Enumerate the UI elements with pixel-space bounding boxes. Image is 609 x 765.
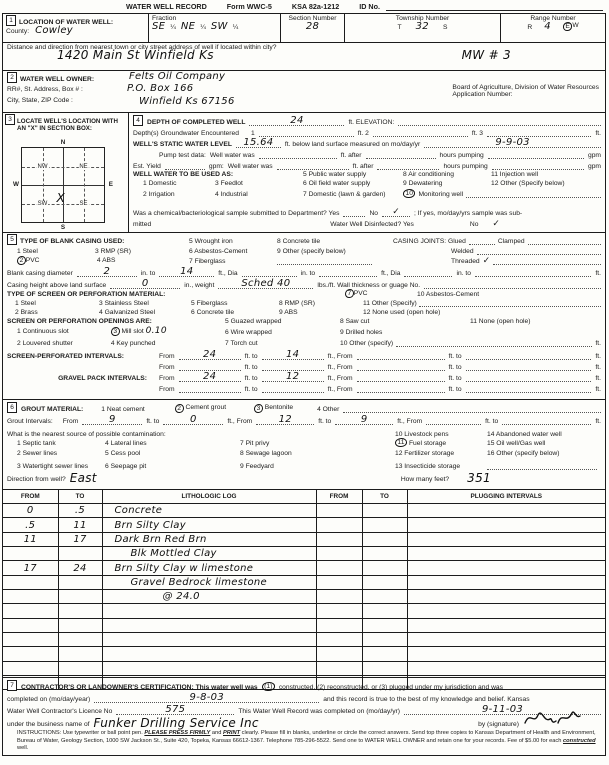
static-level-label: WELL'S STATIC WATER LEVEL bbox=[133, 141, 232, 148]
gpi-ftfrom-1: ft., From bbox=[328, 375, 353, 382]
litho-value-log: Gravel Bedrock limestone bbox=[105, 578, 267, 587]
contam-abandoned-well: 14 Abandoned water well bbox=[487, 431, 601, 438]
section-4-number: 4 bbox=[133, 115, 143, 126]
litho-cell-to: 11 bbox=[58, 518, 102, 532]
litho-cell-log: Brn Silty Clay bbox=[102, 518, 316, 532]
contam-oil-gas-well: 15 Oil well/Gas well bbox=[487, 440, 601, 447]
cert-constructed-circled: (1) bbox=[262, 682, 275, 691]
litho-cell-pto bbox=[362, 618, 407, 632]
gpi2-ftto-2: ft. to bbox=[449, 386, 462, 393]
spi2-from: From bbox=[159, 364, 175, 371]
section-box-vdash-left bbox=[43, 148, 44, 222]
county-value: Cowley bbox=[35, 26, 73, 35]
litho-cell-from bbox=[3, 618, 58, 632]
direction-label: Direction from well? bbox=[7, 476, 66, 483]
litho-value-to: 11 bbox=[73, 520, 86, 531]
est-yield-gpm: gpm: bbox=[209, 163, 224, 170]
groundwater-3-blank bbox=[487, 128, 591, 137]
casing-pvc-num-circled: 2 bbox=[17, 256, 26, 265]
litho-value-log: Concrete bbox=[105, 506, 163, 515]
casing-other: 9 Other (specify below) bbox=[277, 248, 393, 255]
contam-insecticide: 13 Insecticide storage bbox=[395, 463, 487, 470]
spi2-from-blank bbox=[179, 362, 241, 371]
litho-value-log: Blk Mottled Clay bbox=[105, 549, 217, 558]
groundwater-label: Depth(s) Groundwater Encountered bbox=[133, 130, 239, 137]
litho-row bbox=[3, 633, 605, 647]
contamination-title-row: What is the nearest source of possible c… bbox=[3, 425, 605, 438]
groundwater-3: ft. 3 bbox=[472, 130, 483, 137]
dotted-field: 9-8-03 bbox=[94, 694, 319, 703]
contam-fuel-num-circled: 11 bbox=[395, 438, 407, 447]
litho-cell-from: 17 bbox=[3, 561, 58, 575]
dotted-field: 12 bbox=[262, 373, 324, 382]
depth-completed-value: 24 bbox=[290, 116, 303, 125]
joints-clamped-label: Clamped bbox=[498, 238, 525, 245]
section-7-certification: 7 CONTRACTOR'S OR LANDOWNER'S CERTIFICAT… bbox=[3, 678, 605, 755]
grout-neat-cement: 1 Neat cement bbox=[101, 406, 145, 413]
dotted-field: 575 bbox=[116, 706, 234, 715]
joints-threaded-blank bbox=[493, 256, 601, 265]
litho-cell-pto bbox=[362, 590, 407, 604]
west-label: W bbox=[13, 181, 19, 188]
casing-abs: 4 ABS bbox=[97, 257, 116, 264]
casing-pvc-group: 2PVC bbox=[17, 256, 95, 265]
litho-value-from: 0 bbox=[27, 505, 34, 516]
casing-diameter-label: Blank casing diameter bbox=[7, 270, 73, 277]
contam-sewer: 2 Sewer lines bbox=[17, 450, 105, 457]
pump-ft-after: ft. after bbox=[341, 152, 362, 159]
joints-threaded-cell: Threaded ✓ bbox=[393, 256, 601, 265]
casing-wrought-iron: 5 Wrought iron bbox=[189, 238, 277, 245]
grout-intervals-label: Grout Intervals: bbox=[7, 418, 53, 425]
distance-value: 1420 Main St Winfield Ks bbox=[57, 51, 214, 60]
gpi-ftto-2: ft. to bbox=[449, 375, 462, 382]
litho-cell-from bbox=[3, 647, 58, 661]
litho-cell-to: 17 bbox=[58, 532, 102, 546]
gpi2-from-blank bbox=[179, 384, 241, 393]
screen-asbestos: 10 Asbestos-Cement bbox=[417, 291, 601, 298]
litho-cell-from: 11 bbox=[3, 532, 58, 546]
spi2-to-blank bbox=[262, 362, 324, 371]
joints-glued-blank bbox=[469, 236, 495, 245]
completed-on-label: completed on (mo/day/year) bbox=[7, 696, 90, 703]
gi-ftfrom-1: ft., From bbox=[227, 418, 252, 425]
signature-label: by (signature) bbox=[478, 721, 519, 728]
spi2-ftto-2: ft. to bbox=[449, 364, 462, 371]
contam-watertight-sewer: 3 Watertight sewer lines bbox=[17, 463, 105, 470]
quarter-glyph-3: ¼ bbox=[233, 24, 239, 31]
litho-cell-to bbox=[58, 604, 102, 618]
range-west-label: W bbox=[572, 22, 578, 31]
litho-cell-to bbox=[58, 547, 102, 561]
litho-header-to: TO bbox=[58, 490, 102, 504]
instructions-part-1: INSTRUCTIONS: Use typewriter or ball poi… bbox=[17, 730, 144, 736]
section-1-location: 1 LOCATION OF WATER WELL: County: Cowley… bbox=[3, 14, 605, 43]
diam-ft-dia-2: ft., Dia bbox=[381, 270, 400, 277]
gi-to3-blank bbox=[502, 416, 591, 425]
use-irrigation: 2 Irrigation bbox=[143, 191, 215, 198]
sample-no-label: No bbox=[369, 210, 378, 217]
litho-cell-plug bbox=[407, 661, 605, 675]
signature-scribble bbox=[523, 710, 581, 728]
east-label: E bbox=[109, 181, 113, 188]
board-of-agriculture-block: Board of Agriculture, Division of Water … bbox=[452, 84, 599, 98]
yield-hours-blank bbox=[377, 161, 439, 170]
casing-pvc-label: PVC bbox=[26, 257, 40, 264]
contam-seepage-pit: 6 Seepage pit bbox=[105, 463, 240, 470]
section-2-number: 2 bbox=[7, 72, 17, 83]
well-name-value: MW # 3 bbox=[462, 51, 511, 60]
instructions-constructed: constructed bbox=[563, 738, 596, 744]
litho-cell-log bbox=[102, 661, 316, 675]
spi-to2-blank bbox=[466, 351, 592, 360]
section-3-title-2: AN "X" IN SECTION BOX: bbox=[17, 125, 126, 132]
owner-address-value: P.O. Box 166 bbox=[127, 84, 193, 93]
openings-guazed: 5 Guazed wrapped bbox=[225, 318, 340, 325]
quadrant-ne-label: NE bbox=[78, 164, 88, 170]
litho-header-plugging: PLUGGING INTERVALS bbox=[407, 490, 605, 504]
gpi-to-value: 12 bbox=[286, 372, 299, 381]
quadrant-sw-label: SW bbox=[37, 201, 49, 207]
gi-ftto-2: ft. to bbox=[318, 418, 331, 425]
section-2-title: WATER WELL OWNER: bbox=[20, 76, 94, 83]
screen-material-grid: 1 Steel 3 Stainless Steel 5 Fiberglass 8… bbox=[3, 298, 605, 316]
use-monitoring-label: Monitoring well bbox=[418, 191, 463, 198]
screen-steel: 1 Steel bbox=[15, 300, 99, 307]
completed-on-value: 9-8-03 bbox=[190, 693, 224, 702]
litho-cell-pfrom bbox=[316, 618, 362, 632]
openings-mill-value: 0.10 bbox=[146, 326, 167, 336]
litho-header-log: LITHOLOGIC LOG bbox=[102, 490, 316, 504]
gpi-label: GRAVEL PACK INTERVALS: bbox=[7, 375, 155, 382]
litho-value-log: @ 24.0 bbox=[105, 592, 200, 601]
casing-joints-cell: CASING JOINTS: Glued Clamped bbox=[393, 236, 601, 245]
screen-stainless: 3 Stainless Steel bbox=[99, 300, 191, 307]
business-name-value: Funker Drilling Service Inc bbox=[94, 719, 259, 728]
township-t-label: T bbox=[398, 24, 402, 31]
dia-3-ft-blank bbox=[475, 268, 591, 277]
gpi2-to2-blank bbox=[466, 384, 592, 393]
gpi2-from2-blank bbox=[357, 384, 445, 393]
blank-casing-grid: 5 TYPE OF BLANK CASING USED: 5 Wrought i… bbox=[3, 234, 605, 265]
gi-ftto-3: ft. to bbox=[485, 418, 498, 425]
instructions-press-firmly: PLEASE PRESS FIRMLY bbox=[144, 730, 210, 736]
form-title: WATER WELL RECORD bbox=[126, 2, 207, 11]
gpi2-ftto: ft. to bbox=[245, 386, 258, 393]
screen-pvc-num-circled: 7 bbox=[345, 289, 354, 298]
dotted-field: ✓ bbox=[382, 208, 410, 217]
openings-none: 11 None (open hole) bbox=[470, 318, 601, 325]
dia-2-blank bbox=[242, 268, 297, 277]
openings-grid: SCREEN OR PERFORATION OPENINGS ARE: 5 Gu… bbox=[3, 318, 605, 347]
spi-from-1: From bbox=[159, 353, 175, 360]
casing-asbestos: 6 Asbestos-Cement bbox=[189, 248, 277, 255]
grout-cement-group: 2 Cement grout bbox=[175, 404, 226, 413]
diam-in-to-3: in. to bbox=[456, 270, 471, 277]
joints-welded-cell: Welded bbox=[393, 246, 601, 255]
gi-to2-value: 9 bbox=[361, 415, 368, 424]
contam-pit-privy: 7 Pit privy bbox=[240, 440, 395, 447]
licence-label: Water Well Contractor's Licence No bbox=[7, 708, 112, 715]
use-irrigation-industrial: 2 Irrigation4 Industrial bbox=[133, 191, 303, 198]
litho-cell-from bbox=[3, 633, 58, 647]
openings-mill-num-circled: 3 bbox=[111, 327, 120, 336]
owner-city-value: Winfield Ks 67156 bbox=[139, 97, 235, 106]
form-ksa: KSA 82a-1212 bbox=[292, 2, 339, 11]
pump-hours-blank bbox=[366, 150, 436, 159]
section-3-locate: 3 LOCATE WELL'S LOCATION WITH AN "X" IN … bbox=[3, 113, 129, 232]
section-5-number: 5 bbox=[7, 234, 17, 245]
cert-text-3: and this record is true to the best of m… bbox=[323, 696, 529, 703]
yield-ft-blank bbox=[277, 161, 349, 170]
litho-cell-log: Blk Mottled Clay bbox=[102, 547, 316, 561]
litho-cell-pfrom bbox=[316, 575, 362, 589]
grout-cement-num-circled: 2 bbox=[175, 404, 184, 413]
litho-value-from: 11 bbox=[24, 534, 37, 545]
pump-gpm-label: gpm bbox=[588, 152, 601, 159]
fraction-3-value: SW bbox=[211, 22, 228, 31]
groundwater-2-blank bbox=[373, 128, 468, 137]
form-number: Form WWC-5 bbox=[227, 2, 272, 11]
openings-row3-col1: 2 Louvered shutter 4 Key punched bbox=[7, 340, 225, 347]
contam-other-blank bbox=[487, 461, 597, 470]
instructions-part-4: well. bbox=[17, 745, 28, 751]
litho-cell-to: 24 bbox=[58, 561, 102, 575]
gpi2-ftfrom: ft., From bbox=[328, 386, 353, 393]
location-cell: 1 LOCATION OF WATER WELL: County: Cowley bbox=[3, 14, 149, 42]
dotted-field: 24 bbox=[249, 117, 344, 126]
distance-row: Distance and direction from nearest town… bbox=[3, 43, 605, 71]
screen-pvc-label: PVC bbox=[354, 290, 368, 297]
joints-welded-label: Welded bbox=[451, 248, 474, 255]
litho-cell-to bbox=[58, 647, 102, 661]
litho-cell-log bbox=[102, 647, 316, 661]
litho-cell-pfrom bbox=[316, 604, 362, 618]
spi2-ftfrom: ft., From bbox=[328, 364, 353, 371]
litho-cell-plug bbox=[407, 518, 605, 532]
weight-label: in., weight bbox=[184, 282, 214, 289]
litho-cell-pfrom bbox=[316, 504, 362, 518]
quarter-glyph-1: ¼ bbox=[170, 24, 176, 31]
township-s-label: S bbox=[443, 24, 447, 31]
gi-to1-value: 0 bbox=[190, 415, 197, 424]
diam-ft-end: ft. bbox=[595, 270, 601, 277]
litho-cell-pfrom bbox=[316, 647, 362, 661]
fraction-2-value: NE bbox=[181, 22, 195, 31]
use-title: WELL WATER TO BE USED AS: bbox=[133, 171, 303, 178]
township-cell: Township Number T 32 S bbox=[345, 14, 501, 42]
disinfected-no-label: No bbox=[470, 221, 479, 228]
record-completed-value: 9-11-03 bbox=[482, 705, 523, 714]
dotted-field: 12 bbox=[256, 416, 314, 425]
casing-concrete-tile: 8 Concrete tile bbox=[277, 238, 393, 245]
grout-other-blank bbox=[343, 404, 601, 413]
est-yield-blank bbox=[165, 161, 205, 170]
casing-title: TYPE OF BLANK CASING USED: bbox=[20, 238, 124, 245]
casing-other-blank bbox=[277, 256, 372, 265]
gpi-to2-blank bbox=[466, 373, 592, 382]
litho-row bbox=[3, 647, 605, 661]
litho-cell-plug bbox=[407, 633, 605, 647]
disinfected-question: Water Well Disinfected? Yes bbox=[330, 221, 414, 228]
litho-cell-plug bbox=[407, 547, 605, 561]
dotted-field: 24 bbox=[179, 351, 241, 360]
county-label: County: bbox=[6, 28, 29, 35]
contam-fuel-label: Fuel storage bbox=[409, 440, 446, 447]
dotted-field: 9-9-03 bbox=[424, 139, 601, 148]
south-label: S bbox=[61, 224, 65, 231]
grout-bentonite-label: Bentonite bbox=[265, 404, 293, 413]
litho-cell-from bbox=[3, 590, 58, 604]
litho-cell-plug bbox=[407, 647, 605, 661]
litho-row: Gravel Bedrock limestone bbox=[3, 575, 605, 589]
litho-value-to: 24 bbox=[73, 563, 86, 574]
section-3-title-1: LOCATE WELL'S LOCATION WITH bbox=[17, 118, 118, 125]
litho-table-body: 0.5Concrete.511Brn Silty Clay1117Dark Br… bbox=[3, 504, 605, 690]
use-air-conditioning: 8 Air conditioning bbox=[403, 171, 491, 178]
litho-cell-log: Concrete bbox=[102, 504, 316, 518]
screen-concrete: 6 Concrete tile bbox=[191, 309, 279, 316]
litho-cell-pto bbox=[362, 518, 407, 532]
gi-from2-value: 12 bbox=[279, 415, 292, 424]
litho-cell-log: Brn Silty Clay w limestone bbox=[102, 561, 316, 575]
casing-depth-value: 14 bbox=[180, 267, 193, 276]
spi-ftfrom-1: ft., From bbox=[328, 353, 353, 360]
joints-threaded-label: Threaded bbox=[451, 258, 480, 265]
litho-cell-plug bbox=[407, 561, 605, 575]
joints-welded-blank bbox=[477, 246, 601, 255]
fraction-cell: Fraction SE ¼ NE ¼ SW ¼ bbox=[149, 14, 281, 42]
yield-gpm-blank bbox=[492, 161, 584, 170]
use-domestic: 1 Domestic bbox=[143, 180, 215, 187]
litho-cell-pto bbox=[362, 647, 407, 661]
board-line-2: Application Number: bbox=[452, 91, 599, 98]
diam-in-to-1: in. to bbox=[141, 270, 156, 277]
contam-septic: 1 Septic tank bbox=[17, 440, 105, 447]
spi2-ftto: ft. to bbox=[245, 364, 258, 371]
gpi-from-1: From bbox=[159, 375, 175, 382]
dotted-field: 14 bbox=[262, 351, 324, 360]
litho-row bbox=[3, 661, 605, 675]
section-3-number: 3 bbox=[5, 114, 15, 125]
pump-well-water-was: Well water was bbox=[210, 152, 255, 159]
openings-other-blank bbox=[396, 338, 592, 347]
form-title-bar: WATER WELL RECORD Form WWC-5 KSA 82a-121… bbox=[0, 2, 609, 11]
litho-cell-plug bbox=[407, 575, 605, 589]
contam-cess-pool: 5 Cess pool bbox=[105, 450, 240, 457]
screen-other-blank bbox=[419, 298, 601, 307]
litho-cell-log: Dark Brn Red Brn bbox=[102, 532, 316, 546]
litho-row: 1117Dark Brn Red Brn bbox=[3, 532, 605, 546]
static-level-value: 15.64 bbox=[243, 138, 273, 147]
litho-cell-from: 0 bbox=[3, 504, 58, 518]
litho-value-log: Brn Silty Clay w limestone bbox=[105, 564, 254, 573]
contam-lateral: 4 Lateral lines bbox=[105, 440, 240, 447]
pump-hours-label: hours pumping bbox=[440, 152, 484, 159]
litho-header-from2: FROM bbox=[316, 490, 362, 504]
depth-completed-label: DEPTH OF COMPLETED WELL bbox=[147, 119, 245, 126]
sample-no-check: ✓ bbox=[392, 208, 400, 216]
litho-cell-pfrom bbox=[316, 661, 362, 675]
openings-saw-cut: 8 Saw cut bbox=[340, 318, 470, 325]
section-5-casing: 5 TYPE OF BLANK CASING USED: 5 Wrought i… bbox=[3, 233, 605, 400]
groundwater-1: 1 bbox=[251, 130, 255, 137]
weight-value: Sched 40 bbox=[241, 279, 290, 288]
grout-bentonite-group: 3 Bentonite bbox=[254, 404, 293, 413]
litho-cell-pto bbox=[362, 604, 407, 618]
litho-cell-plug bbox=[407, 504, 605, 518]
range-cell: Range Number R 4 E W bbox=[501, 14, 605, 42]
dotted-field: 9 bbox=[82, 416, 142, 425]
spi-to-value: 14 bbox=[286, 350, 299, 359]
screen-material-title: TYPE OF SCREEN OR PERFORATION MATERIAL: bbox=[7, 291, 345, 298]
contamination-label: What is the nearest source of possible c… bbox=[7, 431, 395, 438]
well-location-x-mark: X bbox=[56, 194, 65, 203]
casing-title-cell: 5 TYPE OF BLANK CASING USED: bbox=[7, 234, 189, 245]
dotted-field: Sched 40 bbox=[218, 280, 313, 289]
openings-other-ft: ft. bbox=[595, 340, 601, 347]
litho-cell-pfrom bbox=[316, 532, 362, 546]
litho-cell-from bbox=[3, 661, 58, 675]
gi-from3-blank bbox=[426, 416, 481, 425]
instructions-part-2: and bbox=[210, 730, 223, 736]
gpi2-from: From bbox=[159, 386, 175, 393]
dotted-field: 9 bbox=[335, 416, 393, 425]
water-well-record-form: WATER WELL RECORD Form WWC-5 KSA 82a-121… bbox=[0, 0, 609, 765]
section-box-hline bbox=[22, 185, 104, 186]
litho-cell-pto bbox=[362, 547, 407, 561]
sample-rest: ; If yes, mo/day/yrs sample was sub- bbox=[414, 210, 522, 217]
yield-gpm-label: gpm bbox=[588, 163, 601, 170]
litho-cell-log bbox=[102, 633, 316, 647]
litho-cell-log: Gravel Bedrock limestone bbox=[102, 575, 316, 589]
contam-sewage-lagoon: 8 Sewage lagoon bbox=[240, 450, 395, 457]
litho-cell-plug bbox=[407, 604, 605, 618]
well-use-grid: WELL WATER TO BE USED AS: 5 Public water… bbox=[129, 171, 605, 198]
range-value: 4 bbox=[544, 22, 551, 31]
yield-well-water-was: Well water was bbox=[228, 163, 273, 170]
litho-header-row: FROM TO LITHOLOGIC LOG FROM TO PLUGGING … bbox=[3, 490, 605, 504]
owner-value: Felts Oil Company bbox=[129, 72, 225, 81]
litho-row bbox=[3, 604, 605, 618]
litho-cell-to bbox=[58, 590, 102, 604]
litho-cell-pto bbox=[362, 661, 407, 675]
litho-row: 1724Brn Silty Clay w limestone bbox=[3, 561, 605, 575]
gpi-from2-blank bbox=[357, 373, 445, 382]
township-value: 32 bbox=[416, 22, 429, 31]
litho-header-from: FROM bbox=[3, 490, 58, 504]
dotted-field: 24 bbox=[179, 373, 241, 382]
gpi-ft-end: ft. bbox=[595, 375, 601, 382]
litho-cell-pfrom bbox=[316, 518, 362, 532]
screen-abs: 9 ABS bbox=[279, 309, 363, 316]
litho-header-to2: TO bbox=[362, 490, 407, 504]
litho-cell-log: @ 24.0 bbox=[102, 590, 316, 604]
grout-bentonite-num-circled: 3 bbox=[254, 404, 263, 413]
openings-louvered: 2 Louvered shutter bbox=[17, 340, 109, 347]
section-box-vdash-right bbox=[84, 148, 85, 222]
litho-value-from: 17 bbox=[24, 563, 37, 574]
section-4-depth: 4 DEPTH OF COMPLETED WELL 24 ft. ELEVATI… bbox=[129, 113, 605, 232]
litho-cell-pto bbox=[362, 504, 407, 518]
openings-drilled: 9 Drilled holes bbox=[340, 329, 470, 336]
spi2-to2-blank bbox=[466, 362, 592, 371]
litho-value-from: .5 bbox=[25, 520, 35, 531]
openings-title: SCREEN OR PERFORATION OPENINGS ARE: bbox=[7, 318, 225, 325]
use-monitoring-num-circled: 10 bbox=[403, 189, 415, 198]
screen-other-cell: 11 Other (Specify) bbox=[363, 298, 601, 307]
pump-gpm-blank bbox=[488, 150, 584, 159]
